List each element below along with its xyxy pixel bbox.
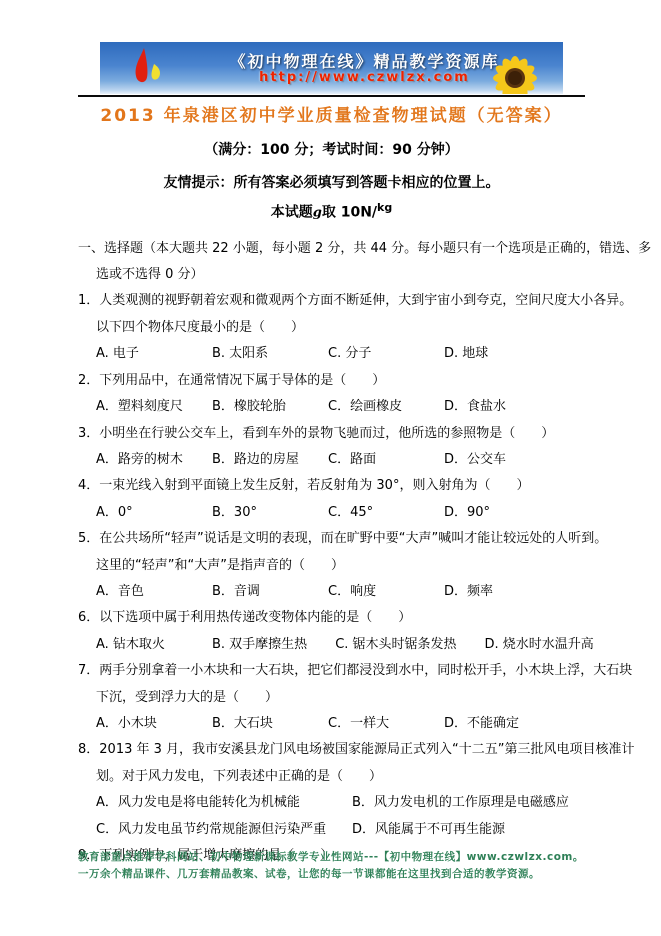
option: C．路面: [328, 447, 416, 473]
option: D．频率: [444, 579, 532, 605]
question-stem-cont: 这里的“轻声”和“大声”是指声音的（ ）: [78, 553, 585, 579]
question-3: 3．小明坐在行驶公交车上，看到车外的景物飞驰而过，他所选的参照物是（ ）A．路旁…: [78, 421, 585, 474]
option: B．风力发电机的工作原理是电磁感应: [352, 790, 596, 816]
question-text: 一束光线入射到平面镜上发生反射，若反射角为 30°，则入射角为（ ）: [99, 478, 529, 493]
question-4: 4．一束光线入射到平面镜上发生反射，若反射角为 30°，则入射角为（ ）A．0°…: [78, 473, 585, 526]
option: A．风力发电是将电能转化为机械能: [96, 790, 340, 816]
option-row: A．路旁的树木B．路边的房屋C．路面D．公交车: [78, 447, 585, 473]
option-row: A. 钻木取火B. 双手摩擦生热C. 锯木头时锯条发热D. 烧水时水温升高: [78, 632, 585, 658]
option: B．30°: [212, 500, 300, 526]
question-text: 以下选项中属于利用热传递改变物体内能的是（ ）: [99, 610, 411, 625]
option-row: A．音色B．音调C．响度D．频率: [78, 579, 585, 605]
question-number: 5．: [78, 531, 99, 546]
option: D．公交车: [444, 447, 532, 473]
question-text: 下沉，受到浮力大的是（ ）: [96, 690, 278, 705]
question-stem: 6．以下选项中属于利用热传递改变物体内能的是（ ）: [78, 605, 585, 631]
question-text: 两手分别拿着一小木块和一大石块，把它们都浸没到水中，同时松开手，小木块上浮，大石…: [99, 663, 632, 678]
question-stem-cont: 以下四个物体尺度最小的是（ ）: [78, 315, 585, 341]
gravity-prefix: 本试题: [271, 205, 313, 221]
option-row: A．塑料刻度尺B．橡胶轮胎C．绘画橡皮D．食盐水: [78, 394, 585, 420]
question-text: 人类观测的视野朝着宏观和微观两个方面不断延伸，大到宇宙小到夸克，空间尺度大小各异…: [99, 293, 632, 308]
option: B．路边的房屋: [212, 447, 300, 473]
option: D．风能属于不可再生能源: [352, 817, 596, 843]
banner-divider-rule: [78, 95, 585, 97]
question-number: 2．: [78, 373, 99, 388]
option: A．小木块: [96, 711, 184, 737]
page-title: 2013 年泉港区初中学业质量检查物理试题（无答案）: [78, 101, 585, 126]
option: B. 双手摩擦生热: [212, 632, 307, 658]
option: C．风力发电虽节约常规能源但污染严重: [96, 817, 340, 843]
site-banner: 《初中物理在线》精品教学资源库 http://www.czwlzx.com: [100, 42, 563, 94]
question-7: 7．两手分别拿着一小木块和一大石块，把它们都浸没到水中，同时松开手，小木块上浮，…: [78, 658, 585, 737]
option: C. 锯木头时锯条发热: [335, 632, 456, 658]
question-text: 以下四个物体尺度最小的是（ ）: [96, 320, 304, 335]
question-5: 5．在公共场所“轻声”说话是文明的表现，而在旷野中要“大声”喊叫才能让较远处的人…: [78, 526, 585, 605]
question-number: 7．: [78, 663, 99, 678]
question-stem: 7．两手分别拿着一小木块和一大石块，把它们都浸没到水中，同时松开手，小木块上浮，…: [78, 658, 585, 684]
option: A．塑料刻度尺: [96, 394, 184, 420]
gravity-middle: 取 10N/: [322, 205, 377, 221]
question-text: 划。对于风力发电，下列表述中正确的是（ ）: [96, 769, 382, 784]
section-header-line2: 选或不选得 0 分）: [78, 262, 585, 288]
notice-line: 友情提示：所有答案必须填写到答题卡相应的位置上。: [78, 172, 585, 192]
question-text: 2013 年 3 月，我市安溪县龙门风电场被国家能源局正式列入“十二五”第三批风…: [99, 742, 634, 757]
question-stem: 4．一束光线入射到平面镜上发生反射，若反射角为 30°，则入射角为（ ）: [78, 473, 585, 499]
option: B．大石块: [212, 711, 300, 737]
question-text: 在公共场所“轻声”说话是文明的表现，而在旷野中要“大声”喊叫才能让较远处的人听到…: [99, 531, 607, 546]
option: B．橡胶轮胎: [212, 394, 300, 420]
question-number: 3．: [78, 426, 99, 441]
option-row: A．风力发电是将电能转化为机械能B．风力发电机的工作原理是电磁感应: [78, 790, 585, 816]
question-8: 8．2013 年 3 月，我市安溪县龙门风电场被国家能源局正式列入“十二五”第三…: [78, 737, 585, 843]
exam-document-page: 《初中物理在线》精品教学资源库 http://www.czwlzx.com: [0, 0, 661, 936]
option: C．响度: [328, 579, 416, 605]
option: C．一样大: [328, 711, 416, 737]
question-6: 6．以下选项中属于利用热传递改变物体内能的是（ ）A. 钻木取火B. 双手摩擦生…: [78, 605, 585, 658]
option: D. 地球: [444, 341, 532, 367]
question-number: 6．: [78, 610, 99, 625]
question-text: 小明坐在行驶公交车上，看到车外的景物飞驰而过，他所选的参照物是（ ）: [99, 426, 554, 441]
footer-promo-note: 教育部重点推荐学科网站、初中物理新课标教学专业性网站---【初中物理在线】www…: [78, 849, 588, 882]
option: B．音调: [212, 579, 300, 605]
question-stem-cont: 下沉，受到浮力大的是（ ）: [78, 685, 585, 711]
gravity-constant-line: 本试题g取 10N/kg: [78, 201, 585, 222]
option: A．路旁的树木: [96, 447, 184, 473]
option-row: A. 电子B. 太阳系C. 分子D. 地球: [78, 341, 585, 367]
question-number: 4．: [78, 478, 99, 493]
section-header-line1: 一、选择题（本大题共 22 小题，每小题 2 分，共 44 分。每小题只有一个选…: [78, 236, 585, 262]
option: A. 钻木取火: [96, 632, 184, 658]
option: C．45°: [328, 500, 416, 526]
option: A．0°: [96, 500, 184, 526]
option-row: A．小木块B．大石块C．一样大D．不能确定: [78, 711, 585, 737]
question-stem: 5．在公共场所“轻声”说话是文明的表现，而在旷野中要“大声”喊叫才能让较远处的人…: [78, 526, 585, 552]
sunflower-icon: [491, 52, 549, 94]
questions: 1．人类观测的视野朝着宏观和微观两个方面不断延伸，大到宇宙小到夸克，空间尺度大小…: [78, 288, 585, 869]
option: B. 太阳系: [212, 341, 300, 367]
option: D．食盐水: [444, 394, 532, 420]
gravity-sup-unit: kg: [377, 201, 392, 214]
option: C. 分子: [328, 341, 416, 367]
question-stem: 2．下列用品中，在通常情况下属于导体的是（ ）: [78, 368, 585, 394]
option: A．音色: [96, 579, 184, 605]
exam-content: 2013 年泉港区初中学业质量检查物理试题（无答案） （满分：100 分；考试时…: [78, 101, 585, 869]
question-stem: 8．2013 年 3 月，我市安溪县龙门风电场被国家能源局正式列入“十二五”第三…: [78, 737, 585, 763]
question-number: 8．: [78, 742, 99, 757]
question-text: 下列用品中，在通常情况下属于导体的是（ ）: [99, 373, 385, 388]
question-2: 2．下列用品中，在通常情况下属于导体的是（ ）A．塑料刻度尺B．橡胶轮胎C．绘画…: [78, 368, 585, 421]
question-number: 1．: [78, 293, 99, 308]
exam-body: 一、选择题（本大题共 22 小题，每小题 2 分，共 44 分。每小题只有一个选…: [78, 236, 585, 870]
option-row: A．0°B．30°C．45°D．90°: [78, 500, 585, 526]
question-1: 1．人类观测的视野朝着宏观和微观两个方面不断延伸，大到宇宙小到夸克，空间尺度大小…: [78, 288, 585, 367]
score-time-line: （满分：100 分；考试时间：90 分钟）: [78, 139, 585, 159]
option: D．不能确定: [444, 711, 532, 737]
option: A. 电子: [96, 341, 184, 367]
site-logo-icon: [130, 46, 166, 90]
question-stem: 3．小明坐在行驶公交车上，看到车外的景物飞驰而过，他所选的参照物是（ ）: [78, 421, 585, 447]
option-row: C．风力发电虽节约常规能源但污染严重D．风能属于不可再生能源: [78, 817, 585, 843]
question-text: 这里的“轻声”和“大声”是指声音的（ ）: [96, 558, 344, 573]
question-stem-cont: 划。对于风力发电，下列表述中正确的是（ ）: [78, 764, 585, 790]
option: D．90°: [444, 500, 532, 526]
option: D. 烧水时水温升高: [485, 632, 594, 658]
gravity-symbol: g: [313, 206, 322, 221]
question-stem: 1．人类观测的视野朝着宏观和微观两个方面不断延伸，大到宇宙小到夸克，空间尺度大小…: [78, 288, 585, 314]
option: C．绘画橡皮: [328, 394, 416, 420]
